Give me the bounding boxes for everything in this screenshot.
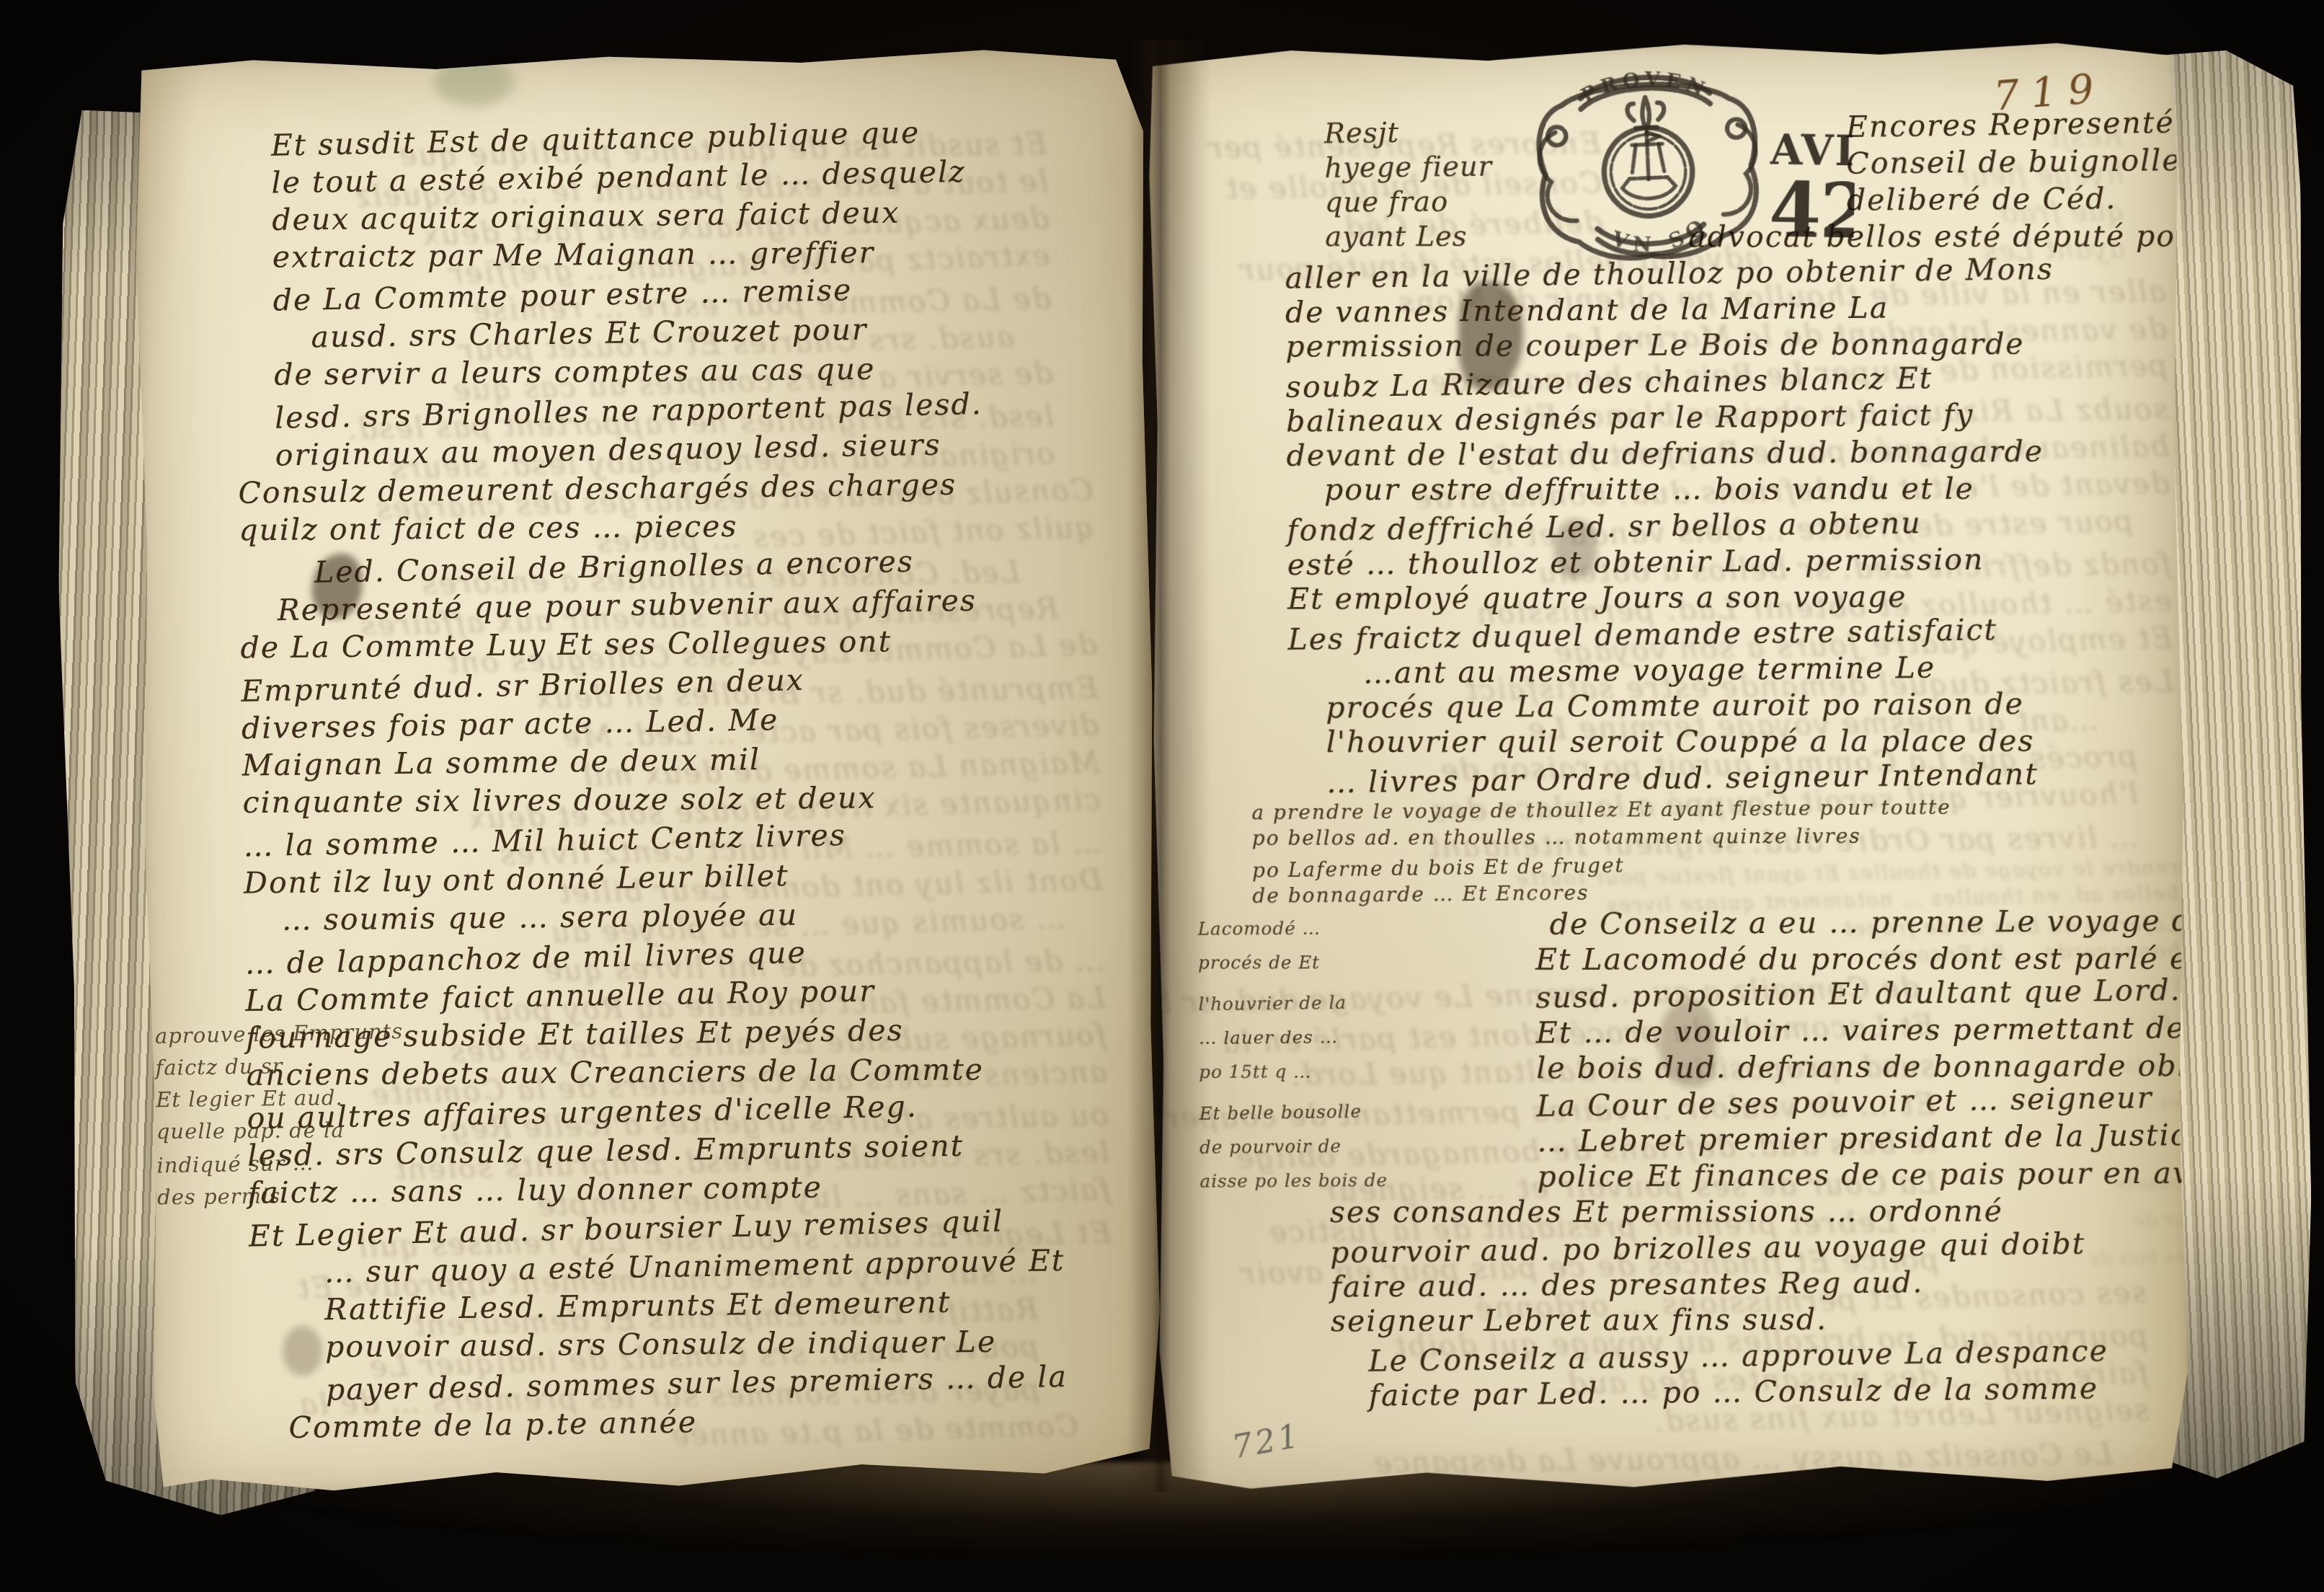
margin-note: que frao xyxy=(1325,185,1449,221)
manuscript-line: de vannes Intendant de la Marine La xyxy=(1285,288,2172,331)
left-page-margin-notes: aprouve les Empruntsfaictz du srEt legie… xyxy=(155,1015,468,1214)
margin-note: procés de Et xyxy=(1198,945,1320,981)
manuscript-line: aisse po les bois depolice Et finances d… xyxy=(1292,1155,2178,1196)
manuscript-line: pour estre deffruitte … bois vandu et le xyxy=(1324,470,2173,508)
manuscript-line: Lacomodé …de Conseilz a eu … prenne Le v… xyxy=(1290,903,2177,944)
ink-blot xyxy=(1553,518,1597,580)
margin-note: Resjt xyxy=(1324,115,1400,152)
manuscript-line: faicte par Led. … po … Consulz de la som… xyxy=(1369,1369,2181,1413)
manuscript-line: faire aud. … des presantes Reg aud. xyxy=(1330,1262,2179,1304)
margin-note: hyege fieur xyxy=(1324,149,1492,187)
manuscript-line: procés que La Commte auroit po raison de xyxy=(1326,685,2175,726)
right-page: 719 xyxy=(1146,37,2193,1496)
manuscript-line: … lauer des …Et … de vouloir … vaires pe… xyxy=(1291,1009,2178,1053)
tax-stamp: PROVENCE VN SOL xyxy=(1507,49,1790,291)
left-page: Et susdit Est de quittance publique quel… xyxy=(131,45,1166,1497)
fleur-de-lis-icon xyxy=(1627,97,1665,130)
margin-note: quelle pap. de la xyxy=(156,1113,466,1148)
left-page-text-block: Et susdit Est de quittance publique quel… xyxy=(233,112,1117,1448)
margin-note: indiqué sur … xyxy=(156,1144,467,1182)
tax-stamp-graphic: PROVENCE VN SOL xyxy=(1507,49,1790,291)
control-stamp-number: 42 xyxy=(1768,174,1855,247)
margin-note: des permis xyxy=(157,1177,468,1214)
folio-number: 719 xyxy=(1992,65,2106,120)
margin-note: Et legier Et aud. xyxy=(156,1080,466,1116)
manuscript-line: …ant au mesme voyage termine Le xyxy=(1363,647,2175,691)
manuscript-line: ses consandes Et permissions … ordonné xyxy=(1330,1193,2179,1230)
manuscript-line: devant de l'estat du defrians dud. bonna… xyxy=(1286,433,2173,474)
right-page-text-block: ResjtEncores Representé perhyege fieurCo… xyxy=(1284,107,2181,1414)
manuscript-line: procés de EtEt Lacomodé du procés dont e… xyxy=(1290,940,2177,978)
svg-text:PROVENCE: PROVENCE xyxy=(1507,49,1713,111)
manuscript-line: l'houvrier quil seroit Couppé a la place… xyxy=(1326,722,2176,760)
margin-note: ayant Les xyxy=(1325,219,1468,255)
pencil-foliation: 721 xyxy=(1230,1418,1305,1467)
margin-note: po 15tt q … xyxy=(1199,1053,1312,1090)
photo-background: Et susdit Est de quittance publique quel… xyxy=(0,0,2324,1592)
ink-blot xyxy=(283,1325,323,1376)
manuscript-line: esté … thoulloz et obtenir Lad. permissi… xyxy=(1287,539,2174,583)
control-stamp: AVI 42 xyxy=(1768,125,1856,306)
stamp-top-banner-text: PROVENCE xyxy=(1507,49,1713,111)
stain xyxy=(434,58,514,107)
margin-note: aprouve les Emprunts xyxy=(155,1014,466,1053)
margin-note: faictz du sr xyxy=(155,1047,466,1084)
